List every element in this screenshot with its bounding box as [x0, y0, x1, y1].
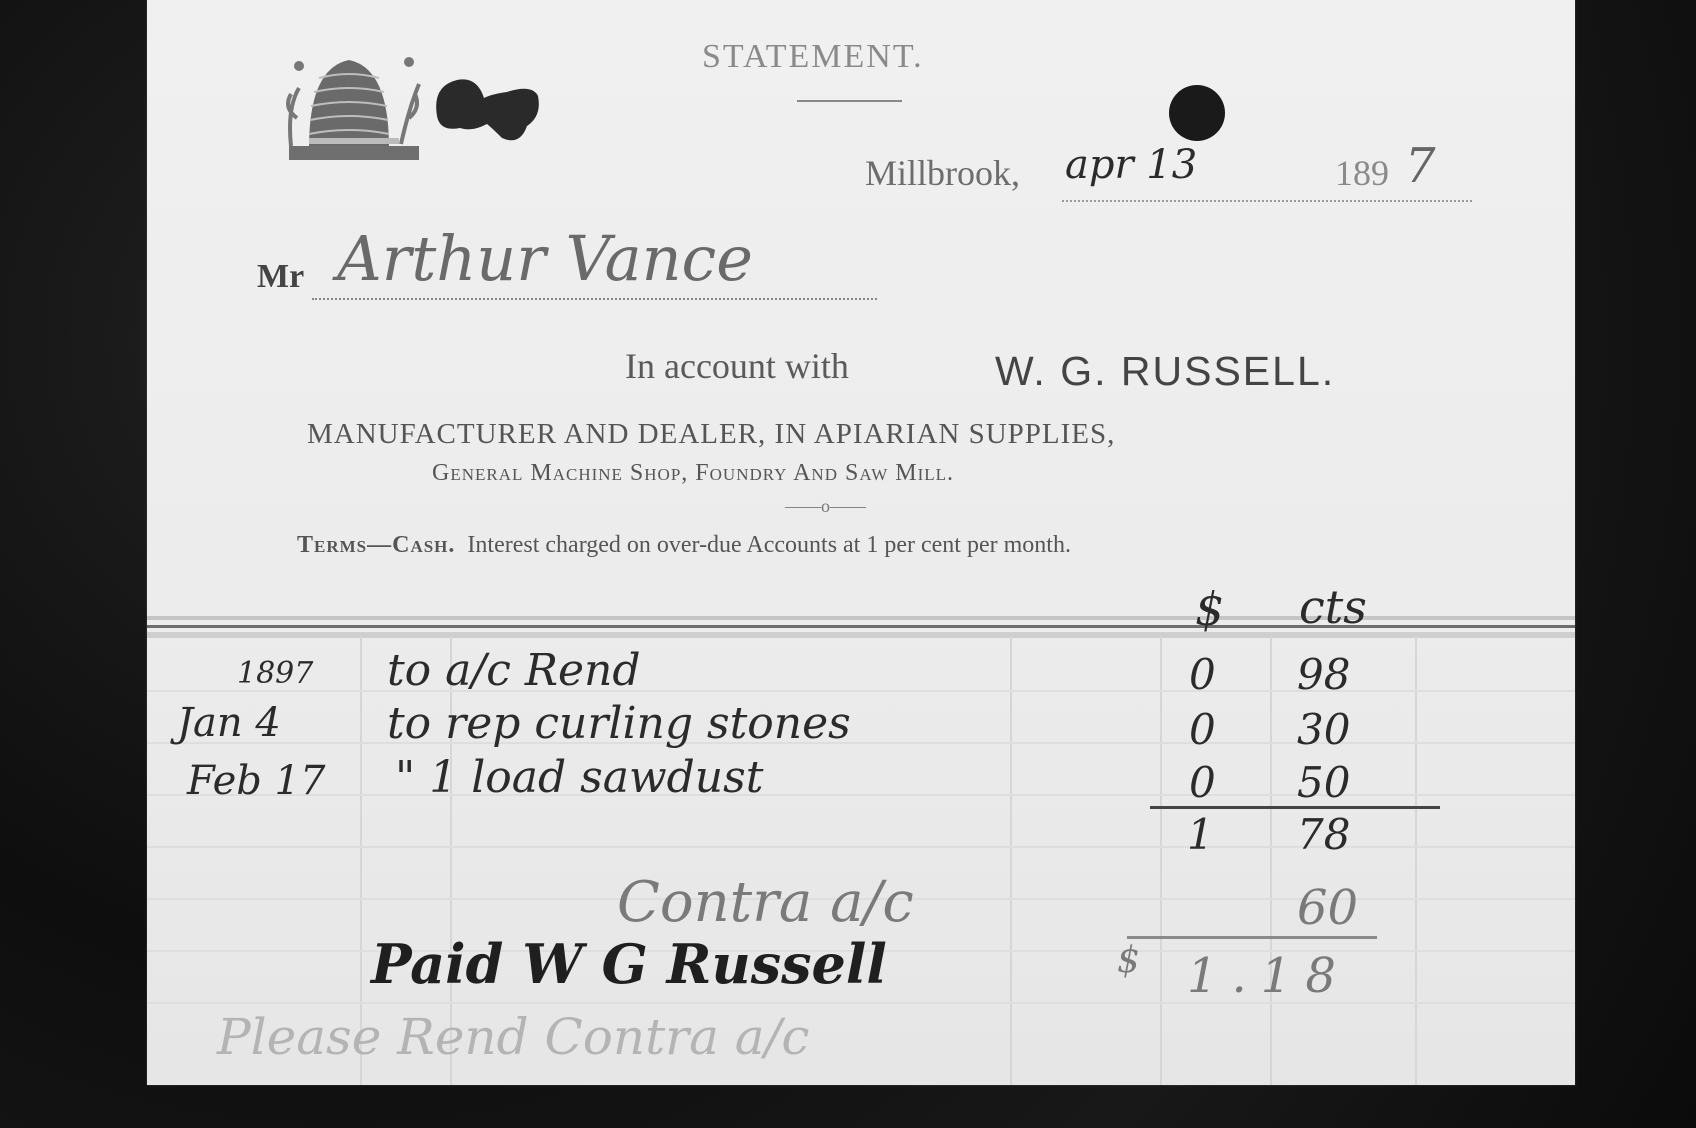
- statement-title: STATEMENT.: [702, 38, 924, 76]
- grid-column-line: [1160, 636, 1162, 1085]
- entry-dollars: 0: [1189, 758, 1216, 807]
- salutation: Mr: [257, 258, 304, 296]
- ledger-year-note: 1897: [237, 656, 313, 691]
- footnote-pencil: Please Rend Contra a/c: [217, 1008, 809, 1066]
- title-rule: [797, 100, 902, 102]
- grid-row-line: [147, 690, 1575, 692]
- entry-description: to a/c Rend: [387, 645, 641, 696]
- customer-name: Arthur Vance: [337, 222, 753, 295]
- ornament-divider: ——o——: [785, 496, 866, 517]
- year-printed: 189: [1335, 152, 1389, 194]
- paid-signature: Paid W G Russell: [371, 932, 887, 996]
- entry-description: " 1 load sawdust: [395, 752, 763, 803]
- entry-date: Jan 4: [177, 700, 281, 746]
- business-line-1: MANUFACTURER AND DEALER, IN APIARIAN SUP…: [307, 418, 1115, 451]
- grid-row-line: [147, 742, 1575, 744]
- entry-dollars: 0: [1189, 650, 1216, 699]
- contra-label: Contra a/c: [617, 870, 914, 935]
- terms-line: Terms—Cash. Interest charged on over-due…: [297, 532, 1071, 559]
- entry-description: to rep curling stones: [387, 698, 851, 749]
- grid-column-line: [1270, 636, 1272, 1085]
- grid-column-line: [1010, 636, 1012, 1085]
- balance-amount: 1.18: [1187, 948, 1350, 1004]
- contra-cents: 60: [1297, 880, 1358, 936]
- place-label: Millbrook,: [865, 152, 1020, 194]
- year-handwritten-digit: 7: [1405, 138, 1436, 194]
- customer-dotted-line: [312, 298, 877, 300]
- entry-date: Feb 17: [187, 758, 325, 804]
- entry-cents: 98: [1297, 650, 1350, 699]
- grid-column-line: [1415, 636, 1417, 1085]
- account-with-label: In account with: [625, 345, 849, 387]
- balance-rule: [1127, 936, 1377, 939]
- business-line-2: General Machine Shop, Foundry And Saw Mi…: [432, 460, 954, 487]
- grid-row-line: [147, 1002, 1575, 1004]
- punch-hole: [1169, 85, 1225, 141]
- statement-paper: STATEMENT. Millbrook, apr 13 189 7 Mr Ar…: [147, 0, 1575, 1085]
- subtotal-rule: [1150, 806, 1440, 809]
- cents-column-header: cts: [1299, 580, 1367, 634]
- firm-name: W. G. RUSSELL.: [995, 348, 1335, 395]
- grid-row-line: [147, 794, 1575, 796]
- entry-cents: 50: [1297, 758, 1350, 807]
- grid-row-line: [147, 846, 1575, 848]
- date-dotted-line: [1062, 200, 1472, 202]
- entry-dollars: 0: [1189, 705, 1216, 754]
- subtotal-dollars: 1: [1187, 810, 1214, 859]
- subtotal-cents: 78: [1297, 810, 1350, 859]
- terms-label: Terms—Cash.: [297, 532, 455, 558]
- entry-cents: 30: [1297, 705, 1350, 754]
- balance-dollar-sign: $: [1117, 940, 1140, 981]
- beehive-engraving-icon: [269, 48, 429, 168]
- dollars-column-header: $: [1195, 582, 1224, 636]
- date-handwritten: apr 13: [1065, 142, 1197, 188]
- ink-blot-mark: [432, 66, 542, 146]
- terms-text: Interest charged on over-due Accounts at…: [467, 532, 1071, 558]
